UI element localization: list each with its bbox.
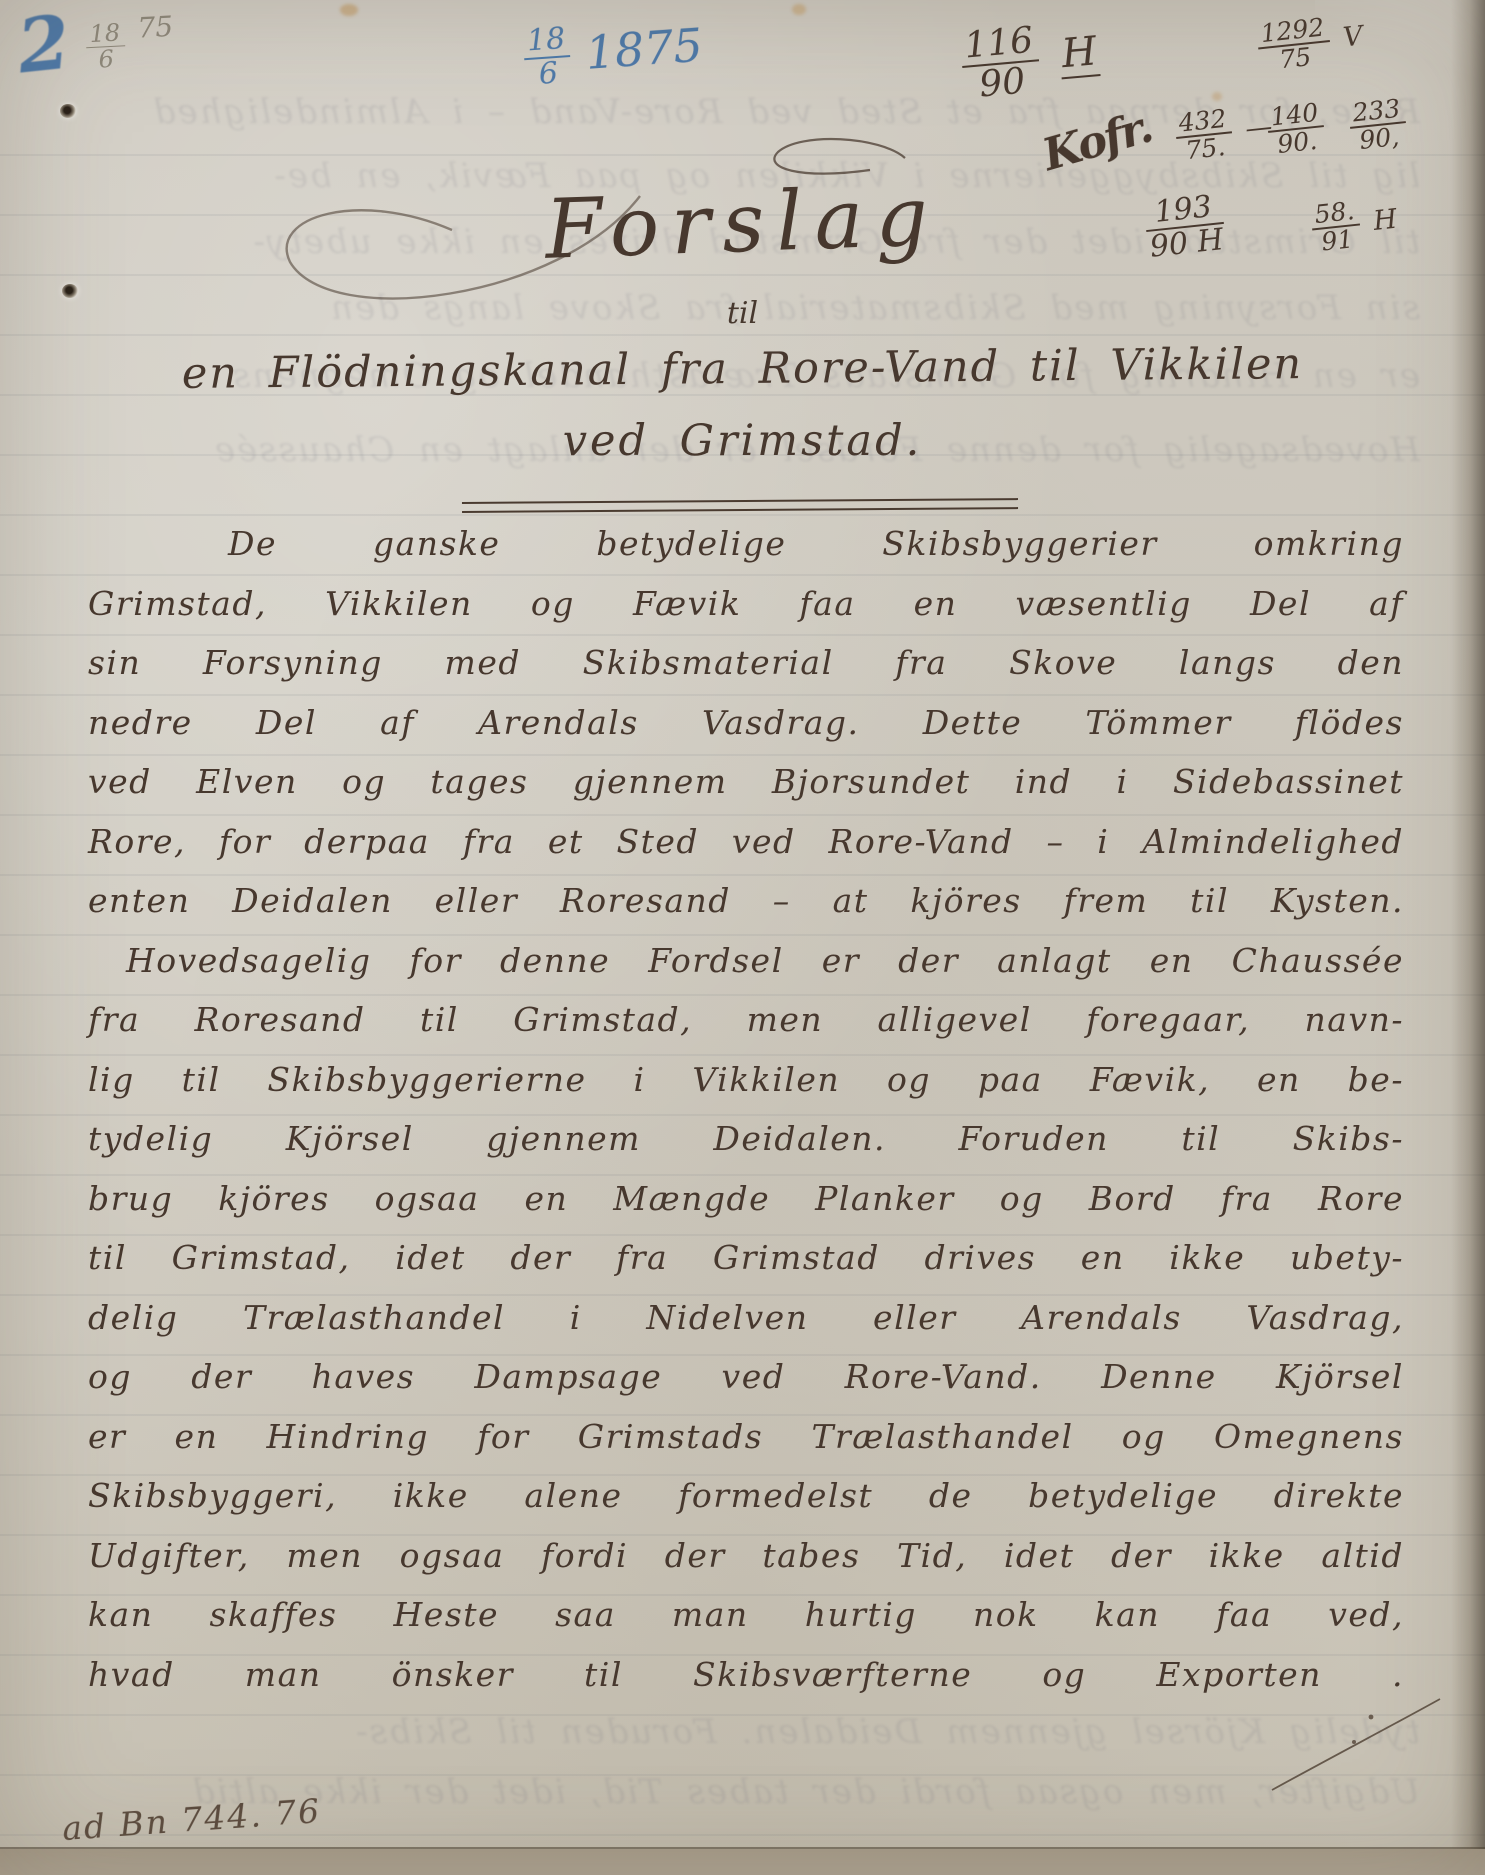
body-line: Hovedsagelig for denne Fordsel er der an… (88, 941, 1404, 1001)
body-line: Grimstad, Vikkilen og Fævik faa en væsen… (88, 584, 1404, 644)
body-line: Rore, for derpaa fra et Sted ved Rore-Va… (88, 822, 1404, 882)
blue-date-annotation: 186 1875 (522, 14, 705, 91)
archival-number-blue: 2 (14, 0, 74, 90)
document-title: Forslag (0, 150, 1485, 297)
paper-hole (60, 104, 76, 118)
paper-edge-bottom (0, 1847, 1485, 1875)
pencil-date-fraction: 186 (85, 20, 126, 73)
body-line: ved Elven og tages gjennem Bjorsundet in… (88, 762, 1404, 822)
bottom-archival-note: ad Bn 744. 76 (61, 1791, 322, 1848)
body-line: sin Forsyning med Skibsmaterial fra Skov… (88, 643, 1404, 703)
paper-edge-right (1451, 0, 1485, 1875)
body-line: Skibsbyggeri, ikke alene formedelst de b… (88, 1476, 1404, 1536)
document-subtitle-line1: en Flödningskanal fra Rore-Vand til Vikk… (0, 338, 1485, 401)
pencil-date-year: 75 (137, 10, 174, 45)
pencil-date-annotation: 186 75 (85, 10, 176, 74)
body-line: nedre Del af Arendals Vasdrag. Dette Töm… (88, 703, 1404, 763)
journal-ref-432-75: 43275. — (1173, 101, 1275, 165)
manuscript-page: Rore, for derpaa fra et Sted ved Rore-Va… (0, 0, 1485, 1875)
body-line: lig til Skibsbyggerierne i Vikkilen og p… (88, 1060, 1404, 1120)
body-line: tydelig Kjörsel gjennem Deidalen. Forude… (88, 1119, 1404, 1179)
journal-ref-140-90: 14090. (1265, 99, 1326, 159)
body-line: delig Trælasthandel i Nidelven eller Are… (88, 1298, 1404, 1358)
body-line: brug kjöres ogsaa en Mængde Planker og B… (88, 1179, 1404, 1239)
foxing-spot (1212, 92, 1222, 101)
journal-ref-233-90: 23390, (1347, 95, 1408, 155)
body-text: De ganske betydelige Skibsbyggerier omkr… (88, 524, 1404, 1714)
journal-ref-116-90-H: 11690 H (959, 16, 1102, 105)
title-underline-rule (462, 498, 1018, 513)
blue-date-fraction: 186 (522, 23, 573, 91)
bleedthrough-line: tydelig Kjörsel gjennem Deidalen. Forude… (40, 1712, 1420, 1752)
document-title-til: til (0, 296, 1485, 331)
blue-date-year: 1875 (584, 17, 705, 79)
body-line: er en Hindring for Grimstads Trælasthand… (88, 1417, 1404, 1477)
body-line: kan skaffes Heste saa man hurtig nok kan… (88, 1595, 1404, 1655)
body-line: fra Roresand til Grimstad, men alligevel… (88, 1000, 1404, 1060)
body-line: til Grimstad, idet der fra Grimstad driv… (88, 1238, 1404, 1298)
foxing-spot (792, 4, 806, 15)
body-line: De ganske betydelige Skibsbyggerier omkr… (88, 524, 1404, 584)
foxing-spot (340, 4, 358, 16)
body-line: Udgifter, men ogsaa fordi der tabes Tid,… (88, 1536, 1404, 1596)
body-line: hvad man önsker til Skibsværfterne og Ex… (88, 1655, 1404, 1715)
body-line: og der haves Dampsage ved Rore-Vand. Den… (88, 1357, 1404, 1417)
document-subtitle-line2: ved Grimstad. (0, 416, 1485, 466)
body-line: enten Deidalen eller Roresand – at kjöre… (88, 881, 1404, 941)
